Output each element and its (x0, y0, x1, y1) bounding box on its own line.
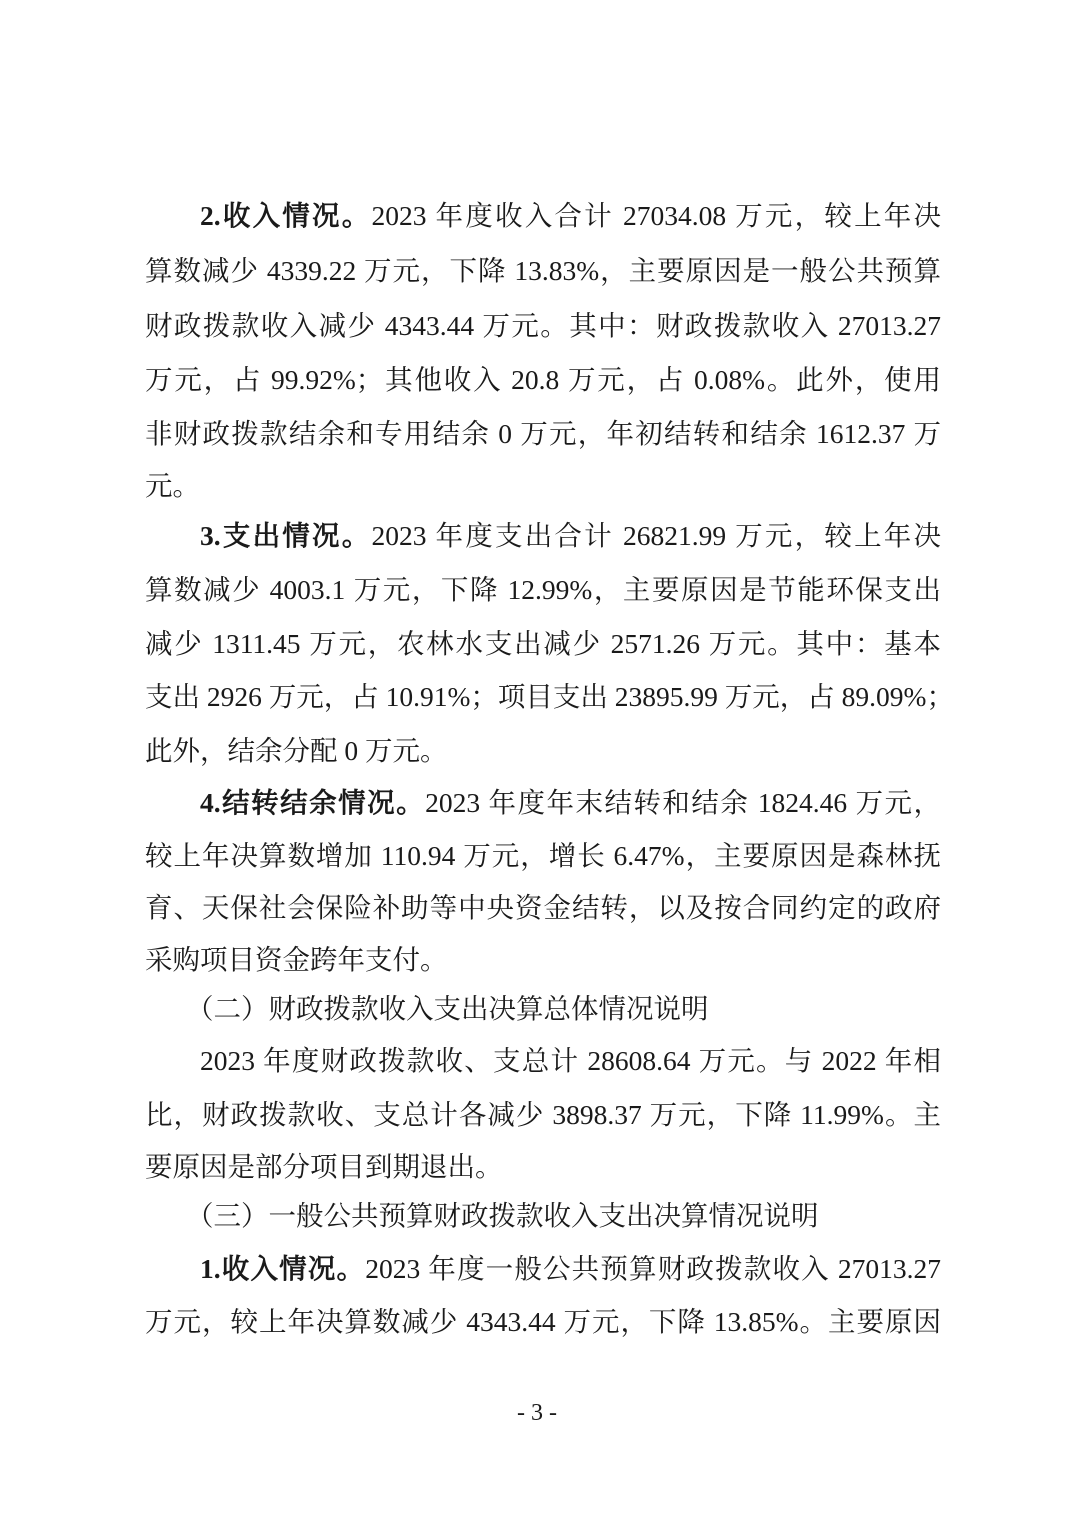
paragraph-expenditure-line-3: 减少 1311.45 万元，农林水支出减少 2571.26 万元。其中：基本 (145, 626, 941, 662)
section-heading-2: （二）财政拨款收入支出决算总体情况说明 (186, 991, 946, 1027)
paragraph-expenditure-line-1: 3.支出情况。2023 年度支出合计 26821.99 万元，较上年决 (200, 518, 941, 554)
section2-line-2: 比，财政拨款收、支总计各减少 3898.37 万元，下降 11.99%。主 (145, 1097, 941, 1133)
paragraph-income-line-2: 算数减少 4339.22 万元，下降 13.83%，主要原因是一般公共预算 (145, 253, 941, 289)
paragraph-expenditure-line-4: 支出 2926 万元，占 10.91%；项目支出 23895.99 万元，占 8… (145, 679, 941, 715)
paragraph-carryover-line-4: 采购项目资金跨年支付。 (145, 942, 941, 978)
document-page: 2.收入情况。2023 年度收入合计 27034.08 万元，较上年决 算数减少… (0, 0, 1074, 1520)
paragraph-income-line-1: 2.收入情况。2023 年度收入合计 27034.08 万元，较上年决 (200, 198, 941, 234)
paragraph-expenditure-line-2: 算数减少 4003.1 万元，下降 12.99%，主要原因是节能环保支出 (145, 572, 941, 608)
section3-line-2: 万元，较上年决算数减少 4343.44 万元，下降 13.85%。主要原因 (145, 1304, 941, 1340)
paragraph-lead-income: 2.收入情况。 (200, 200, 371, 231)
paragraph-carryover-line-1: 4.结转结余情况。2023 年度年末结转和结余 1824.46 万元， (200, 785, 941, 821)
page-number: - 3 - (0, 1398, 1074, 1428)
section3-line-1: 1.收入情况。2023 年度一般公共预算财政拨款收入 27013.27 (200, 1251, 941, 1287)
paragraph-lead-section3-income: 1.收入情况。 (200, 1253, 365, 1284)
paragraph-income-line-4: 万元，占 99.92%；其他收入 20.8 万元，占 0.08%。此外，使用 (145, 362, 941, 398)
paragraph-income-line-5: 非财政拨款结余和专用结余 0 万元，年初结转和结余 1612.37 万 (145, 416, 941, 452)
paragraph-expenditure-line-5: 此外，结余分配 0 万元。 (145, 733, 941, 769)
paragraph-income-line-3: 财政拨款收入减少 4343.44 万元。其中：财政拨款收入 27013.27 (145, 308, 941, 344)
paragraph-income-line-6: 元。 (145, 468, 941, 504)
section-heading-3: （三）一般公共预算财政拨款收入支出决算情况说明 (186, 1198, 946, 1234)
paragraph-lead-expenditure: 3.支出情况。 (200, 520, 371, 551)
paragraph-lead-carryover: 4.结转结余情况。 (200, 787, 425, 818)
section2-line-1: 2023 年度财政拨款收、支总计 28608.64 万元。与 2022 年相 (200, 1043, 941, 1079)
paragraph-carryover-line-3: 育、天保社会保险补助等中央资金结转，以及按合同约定的政府 (145, 890, 941, 926)
paragraph-carryover-line-2: 较上年决算数增加 110.94 万元，增长 6.47%，主要原因是森林抚 (145, 838, 941, 874)
section2-line-3: 要原因是部分项目到期退出。 (145, 1149, 941, 1185)
